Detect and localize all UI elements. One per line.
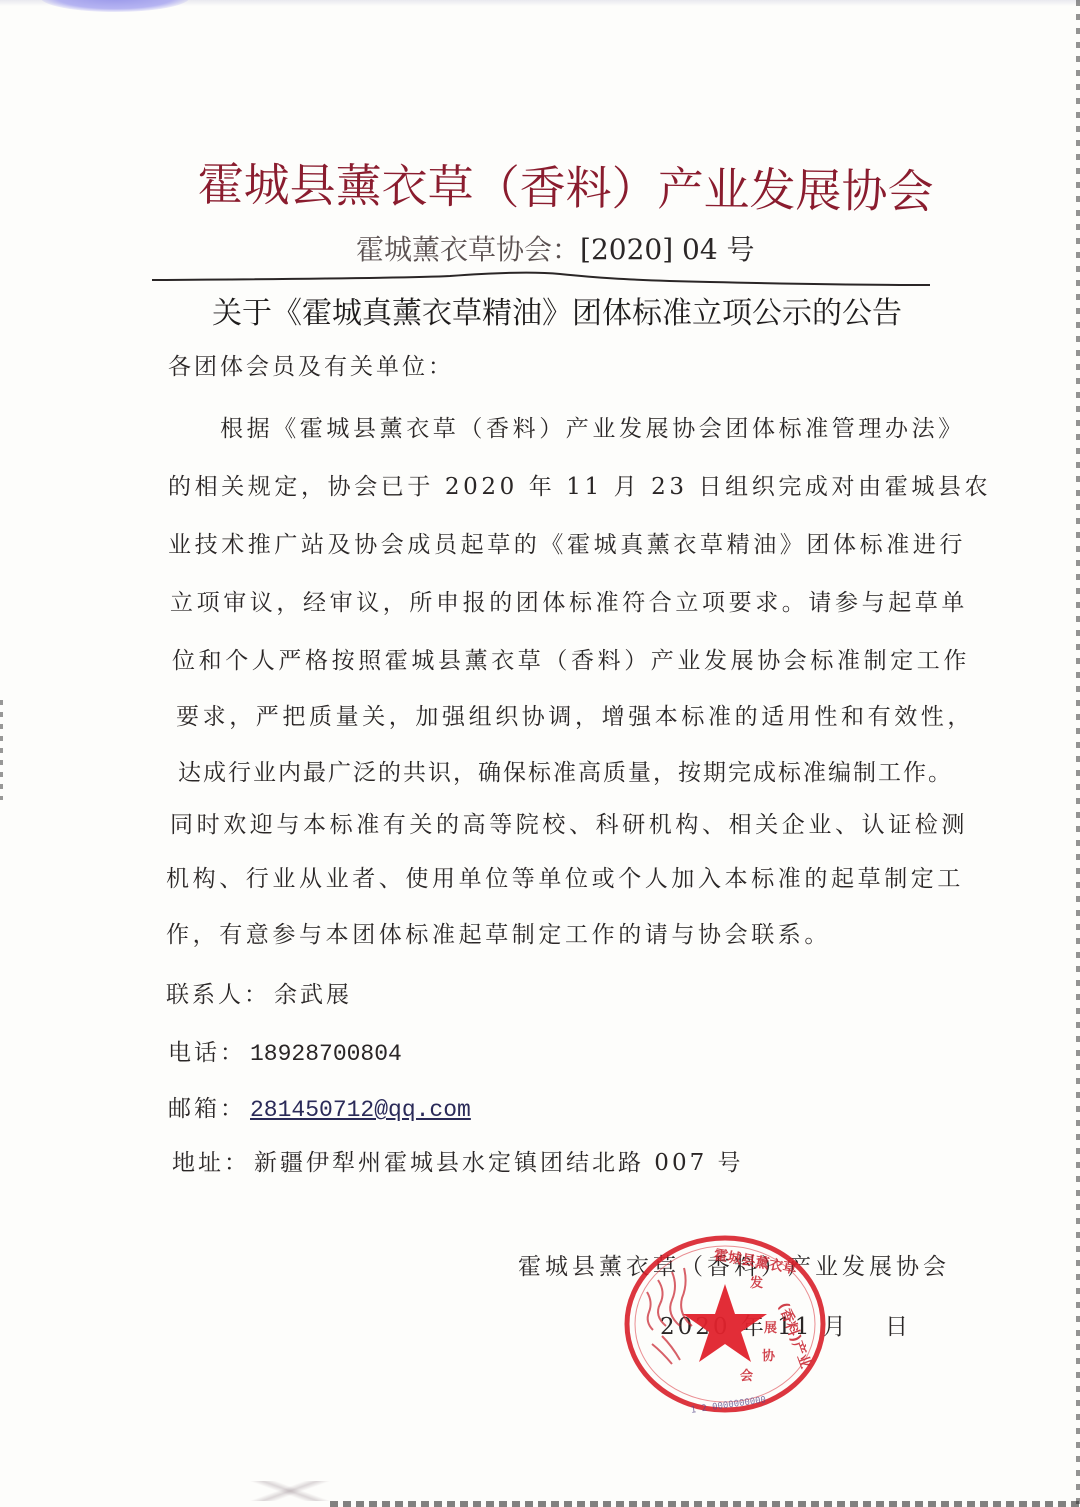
paper-right-edge bbox=[1076, 0, 1080, 1507]
contact-address-value: 新疆伊犁州霍城县水定镇团结北路 007 号 bbox=[254, 1150, 744, 1176]
body-line: 机构、行业从业者、使用单位等单位或个人加入本标准的起草制定工 bbox=[166, 860, 964, 893]
body-line: 位和个人严格按照霍城县薰衣草（香料）产业发展协会标准制定工作 bbox=[172, 642, 970, 675]
body-line: 根据《霍城县薰衣草（香料）产业发展协会团体标准管理办法》 bbox=[220, 410, 965, 443]
contact-address: 地址：新疆伊犁州霍城县水定镇团结北路 007 号 bbox=[172, 1144, 744, 1177]
salutation: 各团体会员及有关单位： bbox=[168, 348, 454, 381]
header-divider-line bbox=[150, 268, 932, 290]
body-line: 立项审议，经审议，所申报的团体标准符合立项要求。请参与起草单 bbox=[170, 584, 968, 617]
scanned-document-page: 霍城县薰衣草（香料）产业发展协会 霍城薰衣草协会：[2020] 04 号 关于《… bbox=[0, 0, 1080, 1507]
contact-email-label: 邮箱： bbox=[168, 1096, 246, 1122]
contact-person: 联系人：余武展 bbox=[166, 976, 352, 1009]
document-number-prefix: 霍城薰衣草协会： bbox=[356, 233, 580, 266]
contact-email-link[interactable]: 281450712@qq.com bbox=[250, 1097, 471, 1123]
contact-phone-label: 电话： bbox=[168, 1040, 246, 1066]
signature-organization: 霍城县薰衣草（香料）产业发展协会 bbox=[518, 1248, 950, 1281]
document-number-value: [2020] 04 号 bbox=[580, 233, 755, 266]
contact-phone-value: 18928700804 bbox=[250, 1041, 402, 1067]
paper-fold-mark bbox=[180, 1481, 400, 1501]
paper-left-edge bbox=[0, 700, 3, 800]
svg-text:会: 会 bbox=[740, 1368, 753, 1384]
contact-address-label: 地址： bbox=[172, 1150, 250, 1176]
contact-phone: 电话：18928700804 bbox=[168, 1034, 402, 1067]
document-number: 霍城薰衣草协会：[2020] 04 号 bbox=[356, 228, 755, 268]
blue-ink-smudge bbox=[40, 0, 190, 12]
body-line: 要求，严把质量关，加强组织协调，增强本标准的适用性和有效性， bbox=[176, 698, 974, 731]
body-line: 达成行业内最广泛的共识，确保标准高质量，按期完成标准编制工作。 bbox=[178, 754, 953, 787]
organization-title: 霍城县薰衣草（香料）产业发展协会 bbox=[197, 148, 918, 222]
paper-bottom-edge bbox=[330, 1501, 1080, 1507]
contact-person-label: 联系人： bbox=[166, 982, 270, 1008]
contact-person-value: 余武展 bbox=[274, 982, 352, 1008]
body-line: 的相关规定，协会已于 2020 年 11 月 23 日组织完成对由霍城县农 bbox=[168, 468, 991, 501]
body-line: 作，有意参与本团体标准起草制定工作的请与协会联系。 bbox=[166, 916, 831, 949]
body-line: 同时欢迎与本标准有关的高等院校、科研机构、相关企业、认证检测 bbox=[170, 806, 968, 839]
svg-text:1 2 0000000000: 1 2 0000000000 bbox=[690, 1395, 767, 1415]
body-line: 业技术推广站及协会成员起草的《霍城真薰衣草精油》团体标准进行 bbox=[168, 526, 966, 559]
svg-text:协: 协 bbox=[762, 1348, 776, 1364]
signature-date: 2020 年 11 月 日 bbox=[660, 1308, 911, 1341]
contact-email: 邮箱：281450712@qq.com bbox=[168, 1090, 471, 1123]
notice-title: 关于《霍城真薰衣草精油》团体标准立项公示的公告 bbox=[212, 288, 902, 332]
